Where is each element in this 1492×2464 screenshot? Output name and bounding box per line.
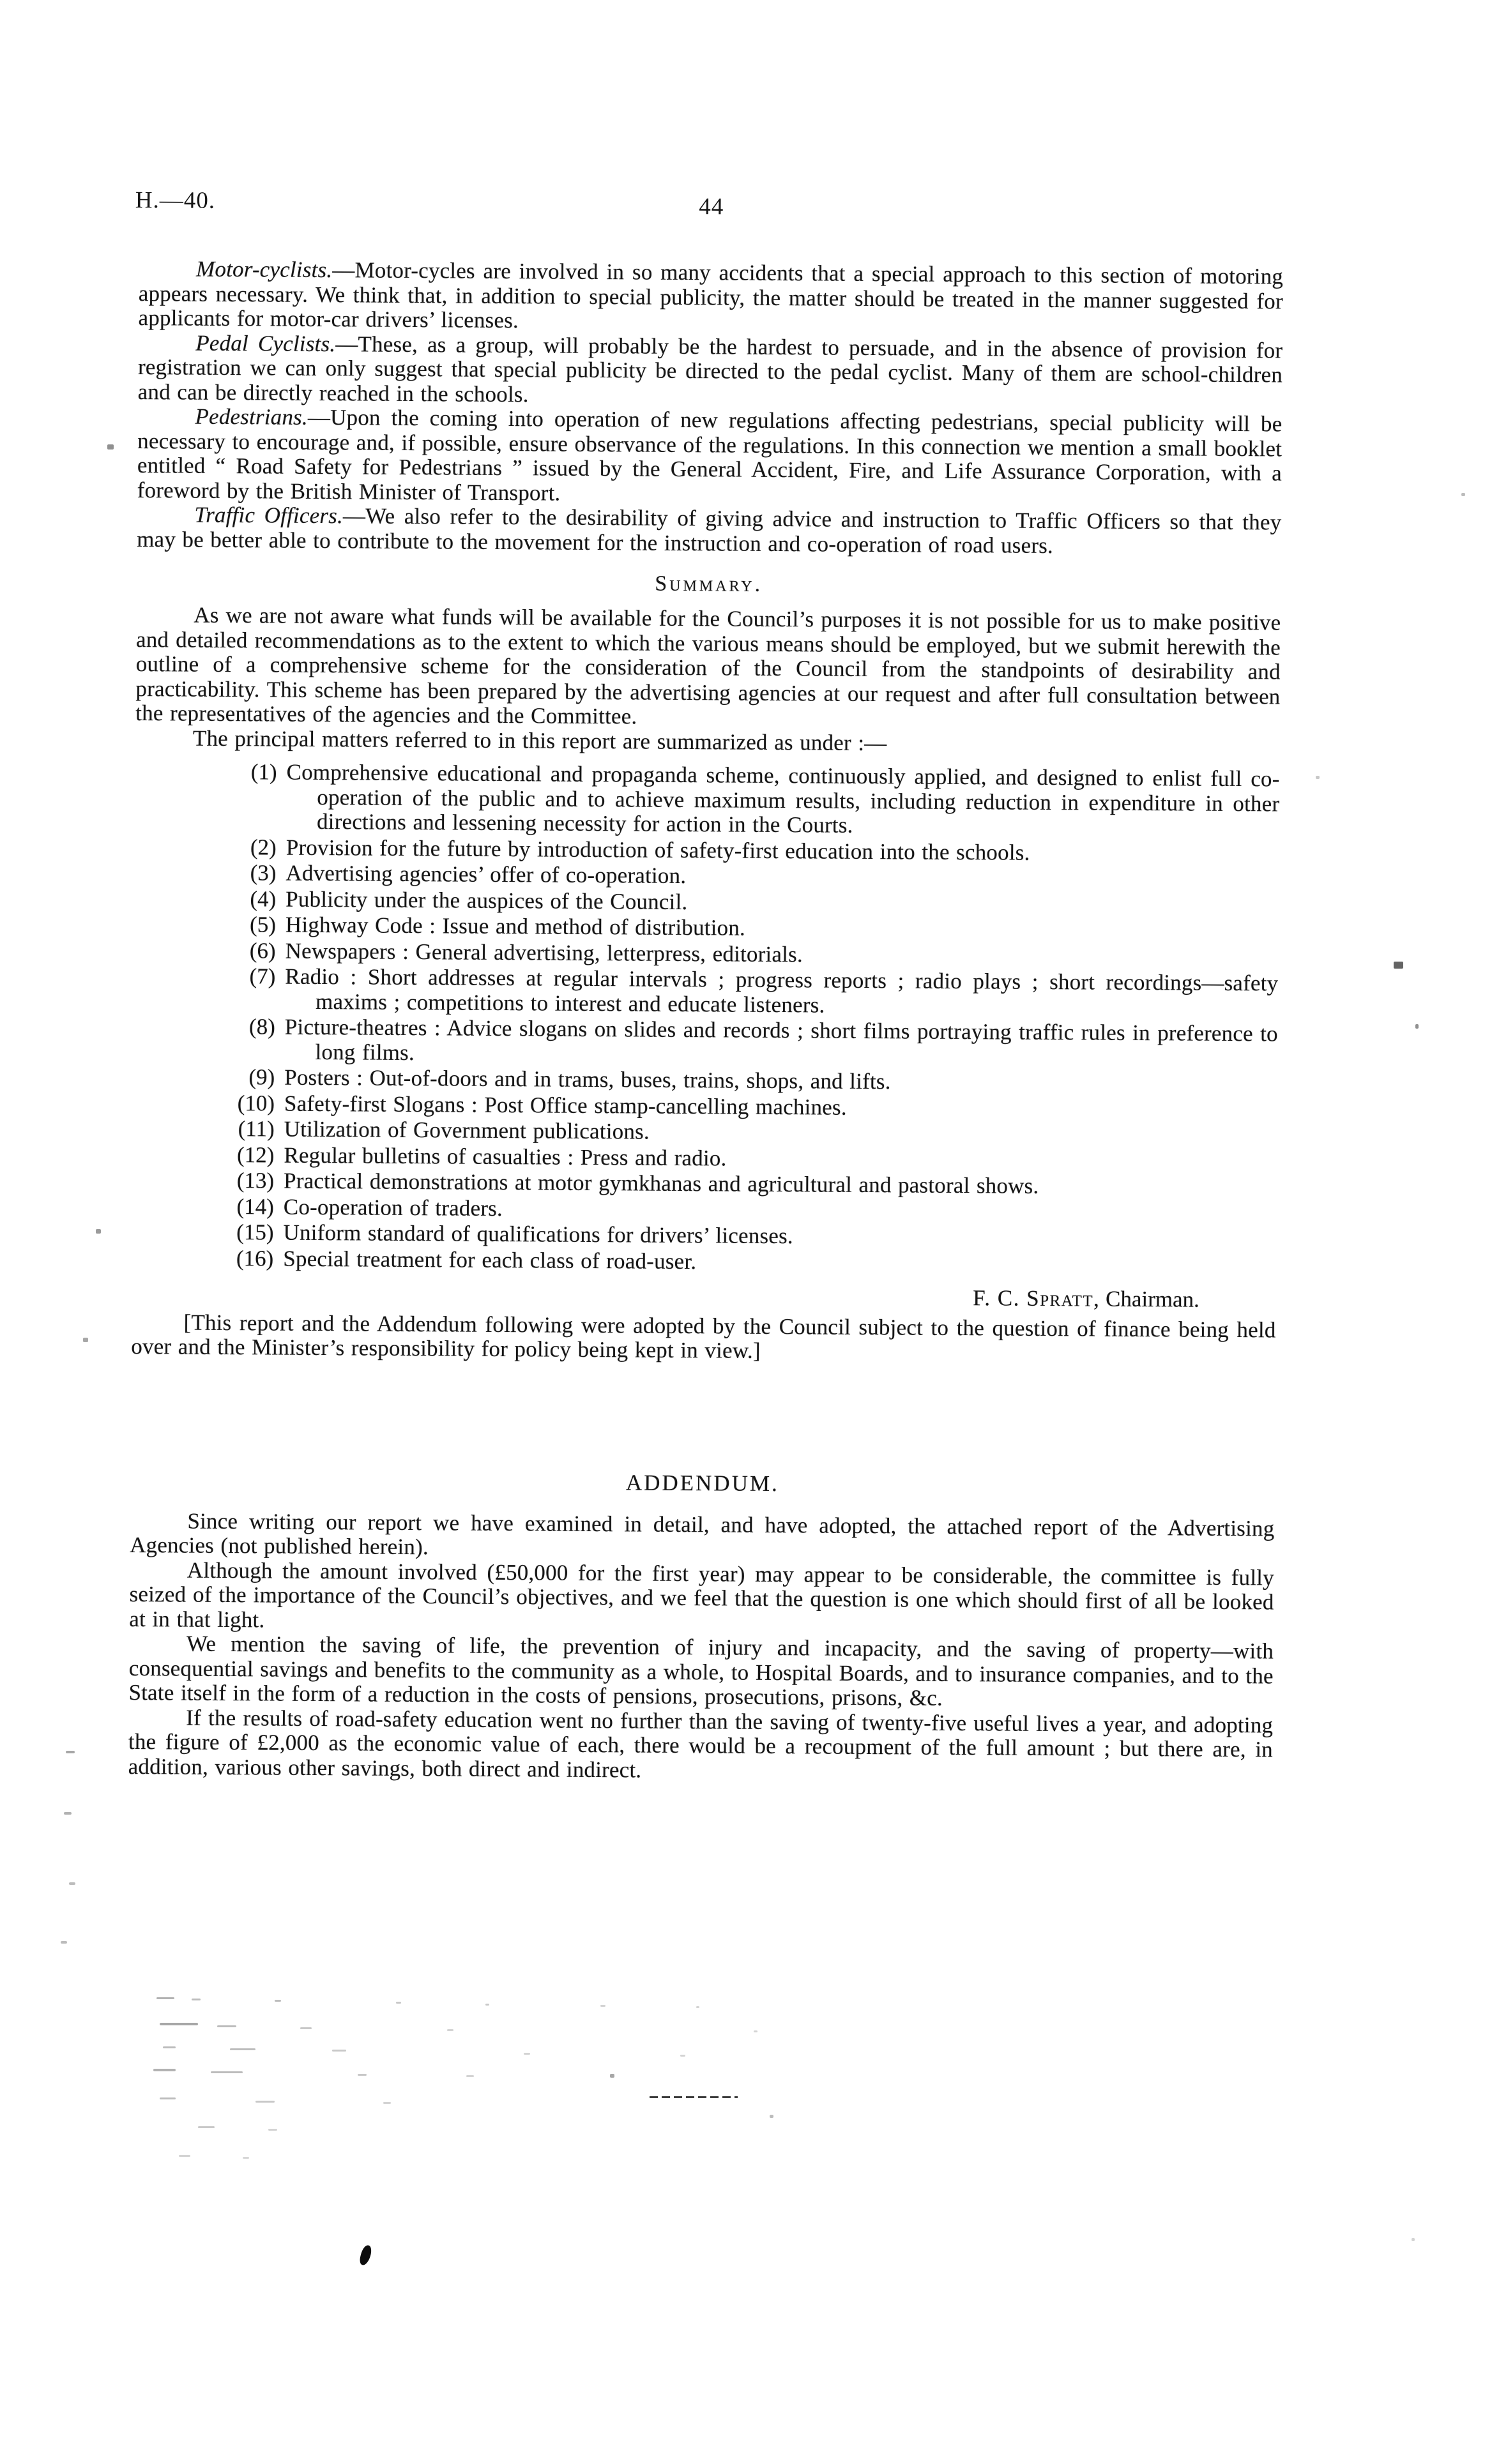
item-number: (4) — [236, 887, 285, 912]
paragraph-lead: Pedestrians. — [195, 404, 308, 430]
scanned-document-page: H.—40. 44 Motor-cyclists.—Motor-cycles a… — [0, 0, 1492, 2464]
scan-noise-speck — [243, 2157, 249, 2159]
scan-noise-speck — [230, 2048, 255, 2050]
scan-noise-speck — [211, 2071, 243, 2073]
item-number: (9) — [235, 1065, 284, 1090]
paragraph-lead: Pedal Cyclists. — [195, 330, 335, 356]
scan-noise-speck — [275, 2000, 281, 2002]
scan-noise-speck — [754, 2030, 757, 2032]
scan-noise-speck — [1412, 2238, 1415, 2241]
page-header: H.—40. 44 — [139, 186, 1284, 227]
chairman-signature: F. C. Spratt, Chairman. — [132, 1280, 1199, 1312]
paragraph-lead: Traffic Officers. — [194, 503, 343, 529]
scan-noise-speck — [163, 2046, 176, 2048]
paragraph-text: —Upon the coming into operation of new r… — [137, 405, 1283, 505]
item-text: Special treatment for each class of road… — [283, 1246, 1276, 1278]
item-number: (11) — [235, 1117, 284, 1142]
scan-noise-speck — [83, 1338, 88, 1342]
addendum-paragraph-2: Although the amount involved (£50,000 fo… — [129, 1557, 1274, 1639]
item-number: (5) — [236, 912, 285, 937]
report-body: Motor-cyclists.—Motor-cycles are involve… — [128, 257, 1284, 1787]
item-number: (6) — [236, 939, 285, 964]
scan-noise-speck — [107, 444, 114, 450]
addendum-paragraph-3: We mention the saving of life, the preve… — [128, 1631, 1274, 1713]
signature-name: F. C. Spratt, — [973, 1285, 1100, 1311]
paragraph-pedestrians: Pedestrians.—Upon the coming into operat… — [137, 404, 1283, 511]
item-number: (14) — [234, 1195, 284, 1220]
scan-noise-speck — [383, 2102, 391, 2104]
scan-noise-speck — [524, 2053, 530, 2055]
list-item: (1)Comprehensive educational and propaga… — [237, 760, 1280, 841]
scan-noise-speck — [156, 1997, 174, 1999]
scan-noise-speck — [192, 1999, 201, 2000]
item-number: (3) — [236, 861, 285, 886]
scan-noise-speck — [680, 2055, 685, 2057]
item-number: (7) — [236, 964, 285, 1014]
scan-noise-speck — [64, 1812, 72, 1815]
scan-noise-speck — [69, 1882, 75, 1885]
scan-noise-speck — [696, 2006, 699, 2008]
item-number: (1) — [237, 760, 287, 834]
item-number: (16) — [234, 1246, 283, 1271]
scan-noise-speck — [96, 1229, 101, 1234]
scan-noise-speck — [466, 2075, 474, 2077]
scan-noise-speck — [268, 2129, 277, 2131]
scan-noise-speck — [66, 1751, 75, 1753]
scan-noise-speck — [1415, 1024, 1419, 1029]
scan-artifact-ink-blob — [358, 2244, 372, 2267]
scan-noise-speck — [160, 2097, 176, 2099]
item-text: Picture-theatres : Advice slogans on sli… — [284, 1015, 1277, 1071]
addendum-heading: ADDENDUM. — [130, 1466, 1275, 1500]
item-number: (13) — [234, 1168, 284, 1193]
scan-noise-speck — [1394, 962, 1403, 969]
item-number: (15) — [234, 1220, 283, 1245]
addendum-paragraph-1: Since writing our report we have examine… — [130, 1508, 1274, 1566]
scan-noise-speck — [179, 2155, 190, 2157]
scan-noise-speck — [358, 2074, 367, 2076]
paragraph-traffic-officers: Traffic Officers.—We also refer to the d… — [137, 503, 1281, 560]
paragraph-motor-cyclists: Motor-cyclists.—Motor-cycles are involve… — [138, 257, 1283, 338]
summary-heading: Summary. — [137, 568, 1281, 601]
scan-noise-speck — [198, 2126, 215, 2128]
scan-artifact-separator-dash — [650, 2096, 738, 2098]
scan-noise-speck — [1316, 776, 1320, 779]
scan-noise-speck — [255, 2101, 275, 2103]
addendum-paragraph-4: If the results of road-safety education … — [128, 1705, 1274, 1787]
scan-noise-speck — [1461, 493, 1465, 496]
scan-noise-speck — [153, 2069, 176, 2071]
scan-noise-speck — [61, 1941, 67, 1944]
scan-noise-speck — [485, 2004, 489, 2006]
item-number: (12) — [234, 1143, 284, 1168]
signature-title: Chairman. — [1100, 1287, 1199, 1312]
scan-noise-speck — [770, 2115, 773, 2118]
paragraph-pedal-cyclists: Pedal Cyclists.—These, as a group, will … — [138, 330, 1283, 412]
paragraph-lead: Motor-cyclists. — [196, 257, 333, 282]
item-text: Radio : Short addresses at regular inter… — [285, 965, 1278, 1021]
adoption-note: [This report and the Addendum following … — [131, 1310, 1275, 1367]
page-number: 44 — [139, 189, 1284, 225]
summary-list: (1)Comprehensive educational and propaga… — [132, 759, 1280, 1278]
scan-noise-speck — [447, 2029, 453, 2031]
item-text: Comprehensive educational and propaganda… — [286, 760, 1280, 841]
list-item: (7)Radio : Short addresses at regular in… — [236, 964, 1278, 1020]
item-number: (10) — [235, 1091, 284, 1116]
item-number: (8) — [235, 1015, 285, 1064]
item-number: (2) — [237, 835, 286, 860]
scan-noise-speck — [396, 2002, 401, 2004]
scan-noise-speck — [610, 2074, 614, 2078]
scan-noise-speck — [160, 2023, 198, 2025]
scan-skew-layer: H.—40. 44 Motor-cyclists.—Motor-cycles a… — [128, 186, 1284, 1787]
summary-intro-paragraph: As we are not aware what funds will be a… — [135, 603, 1281, 734]
scan-noise-speck — [217, 2025, 236, 2027]
scan-noise-speck — [600, 2005, 605, 2007]
scan-noise-speck — [300, 2027, 312, 2029]
scan-noise-speck — [332, 2050, 346, 2052]
list-item: (8)Picture-theatres : Advice slogans on … — [235, 1015, 1277, 1071]
